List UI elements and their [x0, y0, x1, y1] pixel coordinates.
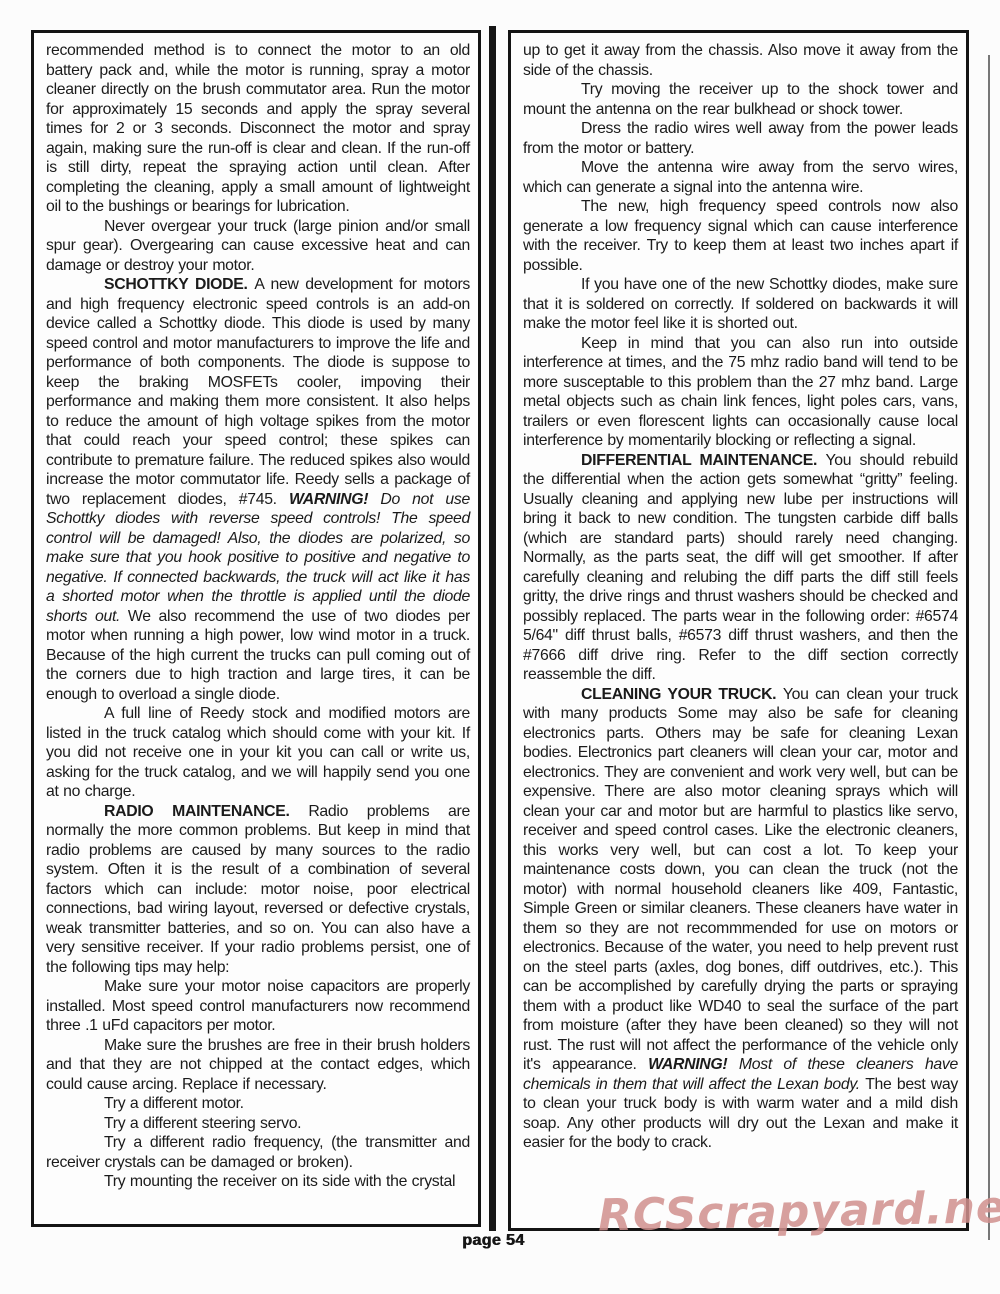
- left-column: recommended method is to connect the mot…: [31, 30, 481, 1227]
- text-segment: CLEANING YOUR TRUCK.: [581, 686, 783, 703]
- text-segment: Keep in mind that you can also run into …: [523, 335, 958, 450]
- text-segment: DIFFERENTIAL MAINTENANCE.: [581, 452, 825, 469]
- paragraph: A full line of Reedy stock and modified …: [46, 704, 470, 802]
- text-segment: Try mounting the receiver on its side wi…: [104, 1173, 455, 1190]
- paragraph: If you have one of the new Schottky diod…: [523, 275, 958, 334]
- paragraph: Try a different steering servo.: [46, 1114, 470, 1134]
- text-segment: A full line of Reedy stock and modified …: [46, 705, 470, 800]
- text-segment: WARNING!: [289, 491, 380, 508]
- text-segment: Try a different steering servo.: [104, 1115, 301, 1132]
- paragraph: Never overgear your truck (large pinion …: [46, 217, 470, 276]
- text-segment: You can clean your truck with many produ…: [523, 686, 958, 1074]
- text-segment: Try a different motor.: [104, 1095, 244, 1112]
- scan-edge-line: [988, 55, 990, 1240]
- page-number: page 54: [462, 1232, 524, 1250]
- paragraph: Keep in mind that you can also run into …: [523, 334, 958, 451]
- watermark: RCScrapyard.net: [598, 1181, 1000, 1241]
- text-segment: up to get it away from the chassis. Also…: [523, 42, 958, 79]
- text-segment: SCHOTTKY DIODE.: [104, 276, 254, 293]
- text-segment: Radio problems are normally the more com…: [46, 803, 470, 976]
- paragraph: The new, high frequency speed controls n…: [523, 197, 958, 275]
- text-segment: If you have one of the new Schottky diod…: [523, 276, 958, 332]
- text-segment: Move the antenna wire away from the serv…: [523, 159, 958, 196]
- paragraph: CLEANING YOUR TRUCK. You can clean your …: [523, 685, 958, 1153]
- paragraph: recommended method is to connect the mot…: [46, 41, 470, 217]
- text-segment: Make sure the brushes are free in their …: [46, 1037, 470, 1093]
- text-segment: Try moving the receiver up to the shock …: [523, 81, 958, 118]
- text-segment: RADIO MAINTENANCE.: [104, 803, 308, 820]
- paragraph: Try moving the receiver up to the shock …: [523, 80, 958, 119]
- paragraph: Try mounting the receiver on its side wi…: [46, 1172, 470, 1192]
- paragraph: SCHOTTKY DIODE. A new development for mo…: [46, 275, 470, 704]
- text-segment: Try a different radio frequency, (the tr…: [46, 1134, 470, 1171]
- text-segment: Never overgear your truck (large pinion …: [46, 218, 470, 274]
- paragraph: Make sure your motor noise capacitors ar…: [46, 977, 470, 1036]
- text-segment: The new, high frequency speed controls n…: [523, 198, 958, 274]
- paragraph: Try a different radio frequency, (the tr…: [46, 1133, 470, 1172]
- text-segment: Dress the radio wires well away from the…: [523, 120, 958, 157]
- paragraph: Dress the radio wires well away from the…: [523, 119, 958, 158]
- paragraph: Make sure the brushes are free in their …: [46, 1036, 470, 1095]
- paragraph: DIFFERENTIAL MAINTENANCE. You should reb…: [523, 451, 958, 685]
- text-segment: Make sure your motor noise capacitors ar…: [46, 978, 470, 1034]
- right-column: up to get it away from the chassis. Also…: [508, 30, 969, 1231]
- text-segment: WARNING!: [648, 1056, 739, 1073]
- text-segment: Do not use Schottky diodes with reverse …: [46, 491, 470, 625]
- paragraph: Move the antenna wire away from the serv…: [523, 158, 958, 197]
- text-segment: recommended method is to connect the mot…: [46, 42, 470, 215]
- text-segment: You should rebuild the differential when…: [523, 452, 958, 684]
- paragraph: Try a different motor.: [46, 1094, 470, 1114]
- paragraph: up to get it away from the chassis. Also…: [523, 41, 958, 80]
- paragraph: RADIO MAINTENANCE. Radio problems are no…: [46, 802, 470, 978]
- text-segment: A new development for motors and high fr…: [46, 276, 470, 508]
- column-divider: [489, 26, 496, 1231]
